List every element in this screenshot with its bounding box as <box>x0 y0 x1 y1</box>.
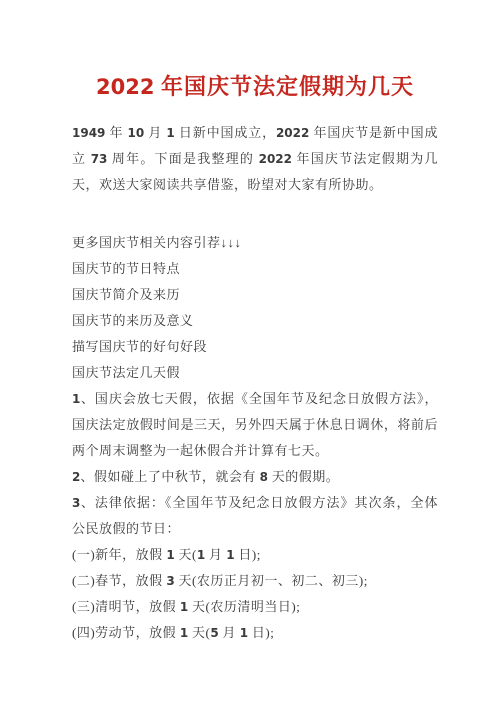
document-page: 2022 年国庆节法定假期为几天 1949 年 10 月 1 日新中国成立，20… <box>0 0 500 707</box>
related-title: 国庆节的来历及意义 <box>72 308 438 334</box>
point-paragraph: 2、假如碰上了中秋节，就会有 8 天的假期。 <box>72 464 438 490</box>
holiday-item: (三)清明节，放假 1 天(农历清明当日); <box>72 594 438 620</box>
document-title: 2022 年国庆节法定假期为几天 <box>72 70 438 104</box>
point-paragraph: 1、国庆会放七天假，依据《全国年节及纪念日放假方法》，国庆法定放假时间是三天，另… <box>72 386 438 464</box>
holiday-item: (四)劳动节，放假 1 天(5 月 1 日); <box>72 620 438 646</box>
intro-paragraph: 1949 年 10 月 1 日新中国成立，2022 年国庆节是新中国成立 73 … <box>72 120 438 198</box>
related-title: 国庆节的节日特点 <box>72 256 438 282</box>
holiday-item: (二)春节，放假 3 天(农历正月初一、初二、初三); <box>72 568 438 594</box>
recommend-heading: 更多国庆节相关内容引荐↓↓↓ <box>72 230 438 256</box>
holiday-item: (一)新年，放假 1 天(1 月 1 日); <box>72 542 438 568</box>
point-paragraph: 3、法律依据：《全国年节及纪念日放假方法》其次条，全体公民放假的节日： <box>72 490 438 542</box>
related-title: 国庆节简介及来历 <box>72 282 438 308</box>
related-title: 国庆节法定几天假 <box>72 360 438 386</box>
related-title: 描写国庆节的好句好段 <box>72 334 438 360</box>
